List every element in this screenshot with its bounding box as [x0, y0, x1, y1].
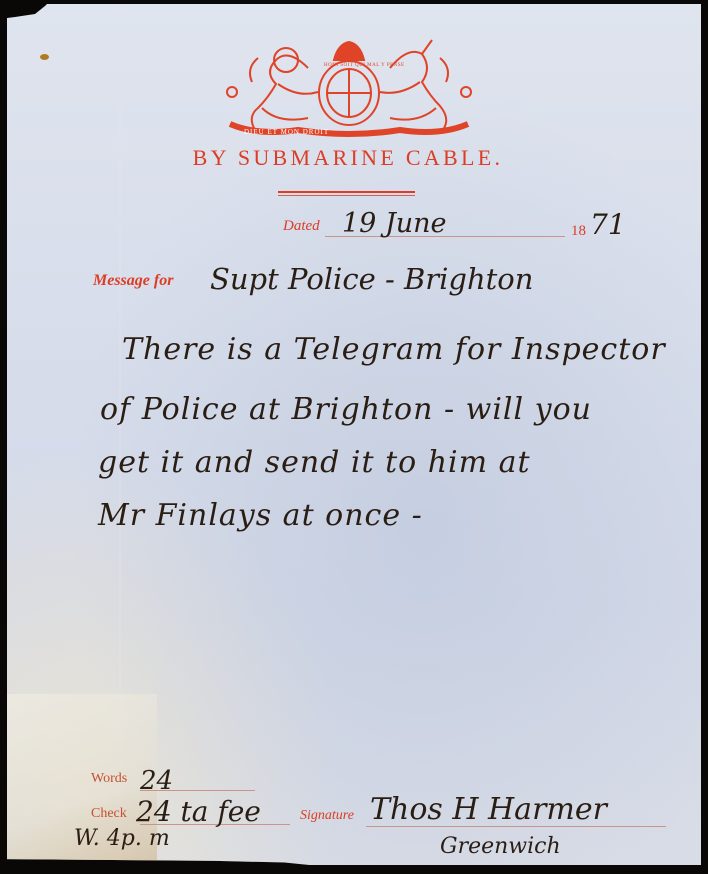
check-note: W. 4p. m	[74, 826, 170, 851]
message-line-3: get it and send it to him at	[98, 445, 531, 480]
form-title: BY SUBMARINE CABLE.	[148, 145, 548, 171]
dated-day-month: 19 June	[342, 208, 447, 239]
message-line-4: Mr Finlays at once -	[98, 498, 423, 533]
scan-border	[0, 865, 708, 874]
check-value: 24 ta fee	[136, 795, 261, 828]
message-recipient: Supt Police - Brighton	[210, 262, 533, 296]
svg-text:HONI SOIT QUI MAL Y PENSE: HONI SOIT QUI MAL Y PENSE	[324, 63, 405, 68]
message-line-2: of Police at Brighton - will you	[100, 392, 592, 427]
dated-label: Dated	[283, 218, 320, 235]
year-prefix: 18	[571, 223, 586, 240]
royal-coat-of-arms-icon: HONI SOIT QUI MAL Y PENSE DIEU ET MON DR…	[218, 38, 480, 140]
words-value: 24	[140, 766, 173, 796]
svg-text:DIEU ET MON DROIT: DIEU ET MON DROIT	[244, 128, 329, 136]
message-for-label: Message for	[93, 272, 173, 290]
year-suffix: 71	[590, 208, 626, 241]
signature-label: Signature	[300, 808, 354, 824]
message-line-1: There is a Telegram for Inspector	[122, 332, 666, 367]
title-rule	[278, 191, 415, 193]
signature-place: Greenwich	[440, 834, 561, 859]
signature-value: Thos H Harmer	[370, 792, 607, 827]
check-label: Check	[91, 806, 127, 822]
words-label: Words	[91, 771, 127, 787]
title-rule-thin	[278, 195, 415, 196]
paper-stain	[40, 54, 49, 60]
